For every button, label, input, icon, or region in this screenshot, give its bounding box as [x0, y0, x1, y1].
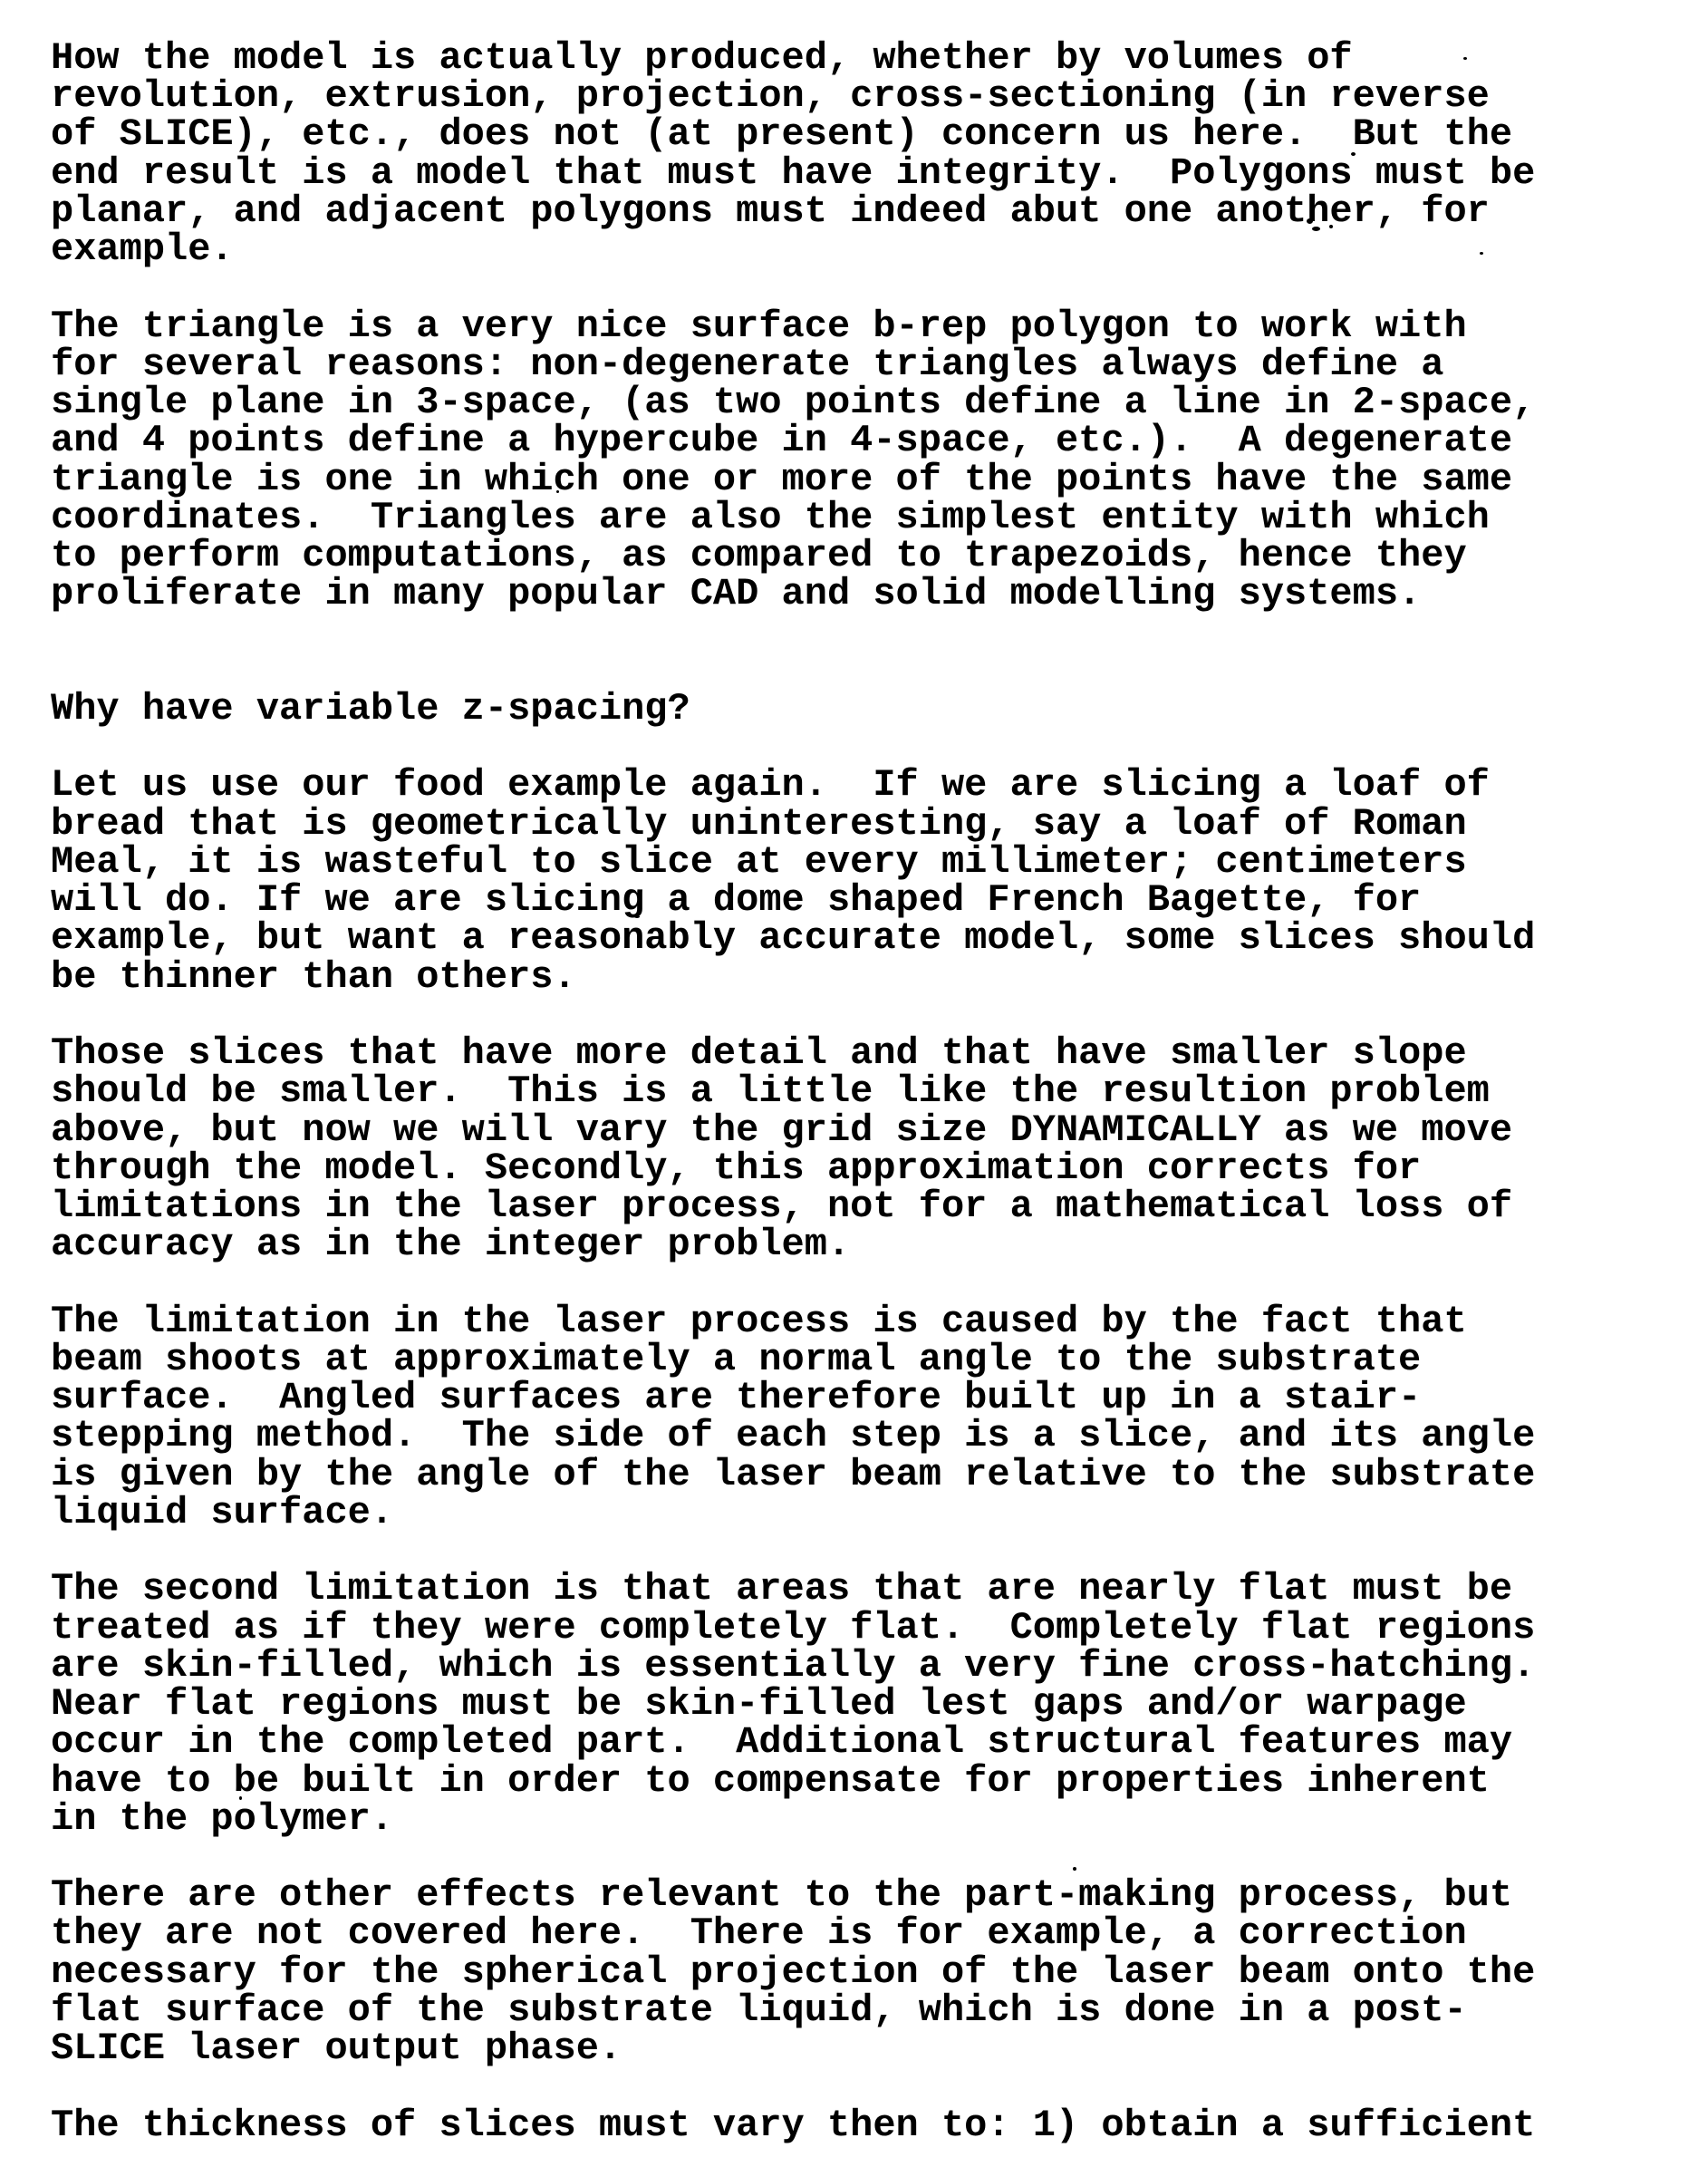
- text-line: they are not covered here. There is for …: [51, 1914, 1682, 1952]
- text-line: The second limitation is that areas that…: [51, 1570, 1682, 1608]
- text-line: bread that is geometrically uninterestin…: [51, 805, 1682, 843]
- text-line: occur in the completed part. Additional …: [51, 1723, 1682, 1761]
- scan-speck: [1073, 1867, 1076, 1871]
- text-line: coordinates. Triangles are also the simp…: [51, 498, 1682, 537]
- text-line: example, but want a reasonably accurate …: [51, 919, 1682, 957]
- text-line: liquid surface.: [51, 1494, 1682, 1532]
- text-line: flat surface of the substrate liquid, wh…: [51, 1991, 1682, 2029]
- scan-speck: [556, 490, 559, 493]
- paragraph-slice-detail: Those slices that have more detail and t…: [51, 1034, 1682, 1263]
- text-line: Near flat regions must be skin-filled le…: [51, 1685, 1682, 1723]
- text-line: accuracy as in the integer problem.: [51, 1225, 1682, 1263]
- text-line: Meal, it is wasteful to slice at every m…: [51, 843, 1682, 881]
- scan-speck: [239, 1796, 242, 1800]
- text-line: stepping method. The side of each step i…: [51, 1417, 1682, 1455]
- text-line: is given by the angle of the laser beam …: [51, 1456, 1682, 1494]
- text-line: for several reasons: non-degenerate tria…: [51, 345, 1682, 383]
- text-line: single plane in 3-space, (as two points …: [51, 383, 1682, 421]
- document-page: How the model is actually produced, whet…: [51, 39, 1682, 2144]
- text-line: necessary for the spherical projection o…: [51, 1953, 1682, 1991]
- text-line: should be smaller. This is a little like…: [51, 1072, 1682, 1110]
- text-line: Let us use our food example again. If we…: [51, 766, 1682, 804]
- text-line: treated as if they were completely flat.…: [51, 1609, 1682, 1647]
- text-line: proliferate in many popular CAD and soli…: [51, 575, 1682, 613]
- paragraph-triangle-reasons: The triangle is a very nice surface b-re…: [51, 307, 1682, 614]
- text-line: triangle is one in which one or more of …: [51, 460, 1682, 498]
- scan-speck: [1480, 252, 1483, 255]
- text-line: There are other effects relevant to the …: [51, 1876, 1682, 1914]
- paragraph-food-example: Let us use our food example again. If we…: [51, 766, 1682, 995]
- scan-speck: [594, 1456, 597, 1461]
- text-line: above, but now we will vary the grid siz…: [51, 1111, 1682, 1149]
- text-line: in the polymer.: [51, 1800, 1682, 1838]
- text-line: are skin-filled, which is essentially a …: [51, 1647, 1682, 1685]
- text-line: be thinner than others.: [51, 958, 1682, 996]
- paragraph-laser-limitation-2: The second limitation is that areas that…: [51, 1570, 1682, 1838]
- text-line: The triangle is a very nice surface b-re…: [51, 307, 1682, 345]
- text-line: The limitation in the laser process is c…: [51, 1302, 1682, 1340]
- text-line: and 4 points define a hypercube in 4-spa…: [51, 421, 1682, 460]
- paragraph-slice-thickness: The thickness of slices must vary then t…: [51, 2106, 1682, 2144]
- text-line: revolution, extrusion, projection, cross…: [51, 77, 1682, 115]
- text-line: planar, and adjacent polygons must indee…: [51, 192, 1682, 230]
- text-line: Why have variable z-spacing?: [51, 690, 1682, 728]
- scan-speck: [1307, 218, 1313, 224]
- text-line: have to be built in order to compensate …: [51, 1762, 1682, 1800]
- paragraph-model-integrity: How the model is actually produced, whet…: [51, 39, 1682, 268]
- text-line: beam shoots at approximately a normal an…: [51, 1340, 1682, 1379]
- scan-speck: [1463, 57, 1467, 60]
- text-line: will do. If we are slicing a dome shaped…: [51, 881, 1682, 919]
- text-line: SLICE laser output phase.: [51, 2029, 1682, 2067]
- text-line: Those slices that have more detail and t…: [51, 1034, 1682, 1072]
- text-line: limitations in the laser process, not fo…: [51, 1187, 1682, 1225]
- scan-speck: [1329, 225, 1333, 228]
- paragraph-other-effects: There are other effects relevant to the …: [51, 1876, 1682, 2067]
- text-line: How the model is actually produced, whet…: [51, 39, 1682, 77]
- section-heading: Why have variable z-spacing?: [51, 690, 1682, 728]
- text-line: end result is a model that must have int…: [51, 154, 1682, 192]
- text-line: to perform computations, as compared to …: [51, 537, 1682, 575]
- text-line: The thickness of slices must vary then t…: [51, 2106, 1682, 2144]
- text-line: surface. Angled surfaces are therefore b…: [51, 1379, 1682, 1417]
- scan-speck: [1312, 227, 1320, 231]
- scan-speck: [1351, 152, 1356, 156]
- text-line: through the model. Secondly, this approx…: [51, 1149, 1682, 1187]
- text-line: example.: [51, 230, 1682, 268]
- text-line: of SLICE), etc., does not (at present) c…: [51, 115, 1682, 153]
- scan-speck: [634, 915, 640, 918]
- paragraph-laser-limitation-1: The limitation in the laser process is c…: [51, 1302, 1682, 1532]
